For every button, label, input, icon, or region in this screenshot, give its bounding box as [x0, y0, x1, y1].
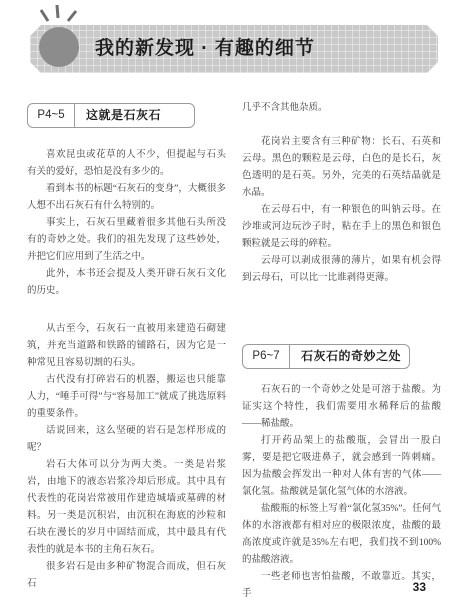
- section-title: 这就是石灰石: [75, 104, 194, 127]
- section-page-range: P4~5: [28, 104, 75, 127]
- paragraph: 石灰石的一个奇妙之处是可溶于盐酸。为证实这个特性，我们需要用水稀释后的盐酸——稀…: [242, 382, 441, 433]
- paragraph: 在云母石中，有一种银色的叫钠云母。在沙堆或河边玩沙子时，粘在手上的黑色和银色颗粒…: [242, 202, 441, 253]
- paragraph: 喜欢昆虫或花草的人不少，但提起与石头有关的爱好，恐怕是没有多少的。: [27, 147, 226, 181]
- section-header-1: P4~5 这就是石灰石: [27, 103, 195, 128]
- paragraph: 此外，本书还会提及人类开辟石灰石文化的历史。: [27, 266, 226, 300]
- section-page-range: P6~7: [243, 345, 290, 368]
- left-column: P4~5 这就是石灰石 喜欢昆虫或花草的人不少，但提起与石头有关的爱好，恐怕是没…: [27, 100, 226, 593]
- paragraph: 事实上，石灰石里藏着很多其他石头所没有的奇妙之处。我们的祖先发现了这些妙处，并把…: [27, 215, 226, 266]
- paragraph: 花岗岩主要含有三种矿物：长石、石英和云母。黑色的颗粒是云母，白色的是长石，灰色透…: [242, 134, 441, 202]
- right-column: 几乎不含其他杂质。花岗岩主要含有三种矿物：长石、石英和云母。黑色的颗粒是云母，白…: [242, 95, 441, 603]
- page-number: 33: [413, 580, 426, 594]
- paragraph-group: 几乎不含其他杂质。花岗岩主要含有三种矿物：长石、石英和云母。黑色的颗粒是云母，白…: [242, 100, 441, 287]
- paragraph: 话说回来，这么坚硬的岩石是怎样形成的呢？: [27, 423, 226, 457]
- paragraph: 云母可以剥成很薄的薄片，如果有机会得到云母石，可以比一比谁剥得更薄。: [242, 253, 441, 287]
- paragraph: 盐酸瓶的标签上写着“氯化氢35%”。任何气体的水溶液都有相对应的极限浓度，盐酸的…: [242, 501, 441, 569]
- paragraph: 从古至今，石灰石一直被用来建造石砌建筑，并充当道路和铁路的铺路石，因为它是一种常…: [27, 321, 226, 372]
- paragraph: 打开药品架上的盐酸瓶，会冒出一股白雾，要是把它吸进鼻子，就会感到一阵刺痛。因为盐…: [242, 433, 441, 501]
- paragraph-group: 从古至今，石灰石一直被用来建造石砌建筑，并充当道路和铁路的铺路石，因为它是一种常…: [27, 321, 226, 593]
- sun-rays-icon: [36, 3, 82, 23]
- paragraph: 几乎不含其他杂质。: [242, 100, 441, 117]
- page-title: 我的新发现 · 有趣的细节: [95, 25, 315, 73]
- paragraph-group: 喜欢昆虫或花草的人不少，但提起与石头有关的爱好，恐怕是没有多少的。看到本书的标题…: [27, 147, 226, 300]
- book-page: 我的新发现 · 有趣的细节 P4~5 这就是石灰石 喜欢昆虫或花草的人不少，但提…: [0, 0, 459, 610]
- paragraph: 很多岩石是由多种矿物混合而成，但石灰石: [27, 559, 226, 593]
- paragraph: 岩石大体可以分为两大类。一类是岩浆岩，由地下的液态岩浆冷却后形成。其中具有代表性…: [27, 457, 226, 559]
- sun-icon: [39, 27, 79, 67]
- section-header-2: P6~7 石灰石的奇妙之处: [242, 344, 410, 369]
- section-title: 石灰石的奇妙之处: [290, 345, 409, 368]
- paragraph: 看到本书的标题“石灰石的变身”，大概很多人想不出石灰石有什么特别的。: [27, 181, 226, 215]
- paragraph: 古代没有打碎岩石的机器，搬运也只能靠人力，“唾手可得”与“容易加工”就成了挑选原…: [27, 372, 226, 423]
- paragraph-group: 石灰石的一个奇妙之处是可溶于盐酸。为证实这个特性，我们需要用水稀释后的盐酸——稀…: [242, 382, 441, 603]
- paragraph: 一些老师也害怕盐酸，不敢靠近。其实，手: [242, 569, 441, 603]
